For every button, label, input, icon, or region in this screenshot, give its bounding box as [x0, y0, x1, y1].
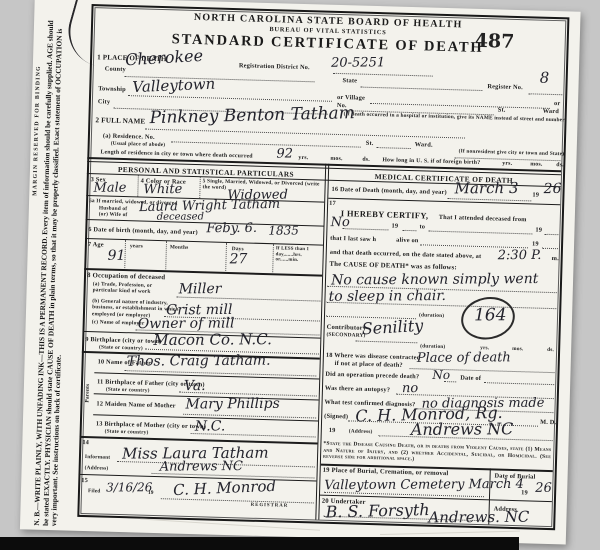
leader-line — [402, 229, 416, 231]
certificate-number: 487 — [474, 30, 514, 53]
informant-label: Informant — [85, 454, 111, 461]
or-label: or — [554, 100, 561, 107]
duration-label: (duration) — [420, 343, 445, 350]
mos-label: mos. — [512, 346, 523, 352]
burial-year-value: 26 — [535, 481, 552, 496]
contributory-label: Contributory — [327, 324, 367, 332]
birthplace-value: Macon Co. N.C. — [153, 330, 272, 349]
dob-year-value: 1835 — [268, 223, 299, 237]
date-of-death-value: March 3 — [455, 179, 519, 197]
register-no-label: Register No. — [487, 83, 523, 91]
wife-of-label: (or) Wife of — [99, 211, 128, 218]
leader-line — [542, 247, 558, 249]
registrar-label: REGISTRAR — [251, 503, 289, 509]
date-of-label: Date of — [460, 375, 481, 383]
filed-19-label: 19 — [148, 490, 154, 496]
ward-label: Ward — [543, 108, 559, 115]
address-section-number: 19 — [329, 427, 336, 434]
sex-value: Male — [93, 181, 126, 196]
age-months-label: Months — [170, 244, 189, 251]
physician-address-label: (Address) — [349, 428, 373, 435]
dob-value: Feby. 6. — [206, 221, 257, 236]
scan-black-band — [0, 537, 519, 550]
n19-label: 19 — [535, 227, 542, 234]
n19-label: 19 — [532, 240, 539, 247]
father-name-value: Thos. Craig Tatham. — [127, 353, 271, 370]
signed-label: (Signed) — [324, 413, 348, 421]
certificate-paper: MARGIN RESERVED FOR BINDING N. B.—WRITE … — [20, 0, 581, 545]
death-time-value: 2:30 P. — [498, 248, 542, 263]
mother-name-value: Mary Phillips — [185, 396, 279, 413]
register-no-value: 8 — [540, 69, 550, 87]
cause-code-value: 164 — [474, 305, 507, 325]
residence-label: (a) Residence. No. — [103, 132, 155, 140]
yrs-label: yrs. — [298, 155, 308, 161]
ds-label: ds. — [362, 157, 370, 163]
township-value: Valleytown — [132, 75, 216, 96]
undertaker-address-value: Andrews. NC — [428, 508, 529, 527]
ds-label: ds. — [547, 347, 554, 353]
birthplace-note: (State or country) — [99, 344, 143, 351]
county-label: County — [105, 65, 126, 73]
street-label: St. — [498, 106, 506, 113]
certify-section-number: 17 — [329, 200, 336, 207]
dod-19-label: 19 — [532, 191, 539, 198]
occupation-trade-label: (a) Trade, Profession, or particular kin… — [93, 281, 177, 296]
contributory-value: Senility — [361, 316, 424, 339]
mos-label: mos. — [330, 156, 342, 162]
mother-birthplace-note: (State or country) — [105, 429, 149, 436]
filed-label: Filed — [88, 488, 101, 494]
paper-crease — [380, 531, 520, 535]
race-value: White — [143, 182, 182, 197]
full-name-label: 2 FULL NAME — [95, 116, 145, 125]
secondary-label: (SECONDARY) — [326, 332, 365, 339]
ds-label: ds. — [556, 162, 564, 168]
dod-year-value: 26 — [544, 181, 562, 197]
village-label: or Village — [337, 94, 365, 102]
to-label: to — [419, 223, 425, 230]
informant-section-number: 14 — [82, 439, 89, 446]
informant-address-label: (Address) — [85, 465, 109, 472]
where-contracted-value: Place of death — [417, 350, 511, 366]
length-years-value: 92 — [276, 146, 293, 161]
township-label: Township — [98, 85, 126, 93]
age-years-label: years — [130, 243, 143, 249]
yrs-label: yrs. — [502, 161, 512, 167]
leader-line — [544, 233, 558, 235]
age-days-value: 27 — [229, 251, 247, 267]
age-less-note: If LESS than 1 day,......hrs. or......mi… — [275, 246, 321, 264]
age-label: 7 Age — [88, 241, 104, 248]
leader-line — [444, 380, 456, 382]
alive-on-label: alive on — [396, 237, 419, 245]
scanned-death-certificate: { "margin": { "binding_label": "MARGIN R… — [0, 0, 600, 550]
last-saw-label: that I last saw h — [330, 235, 376, 243]
state-label: State — [342, 77, 357, 84]
father-birthplace-note: (State or country) — [106, 387, 150, 394]
district-value: 20-5251 — [331, 55, 385, 70]
residence-ward-label: Ward. — [415, 141, 433, 148]
residence-st-label: St. — [366, 140, 374, 147]
filed-section-number: 15 — [81, 477, 88, 484]
filed-date-value: 3/16/26 — [106, 480, 152, 494]
city-label: City — [98, 98, 111, 105]
age-years-value: 91 — [108, 248, 126, 264]
burial-19-label: 19 — [521, 489, 528, 496]
m-label: m. — [552, 255, 559, 262]
mos-label: mos. — [530, 161, 542, 167]
n19-label: 19 — [391, 223, 398, 230]
md-label: M. D. — [540, 419, 556, 426]
